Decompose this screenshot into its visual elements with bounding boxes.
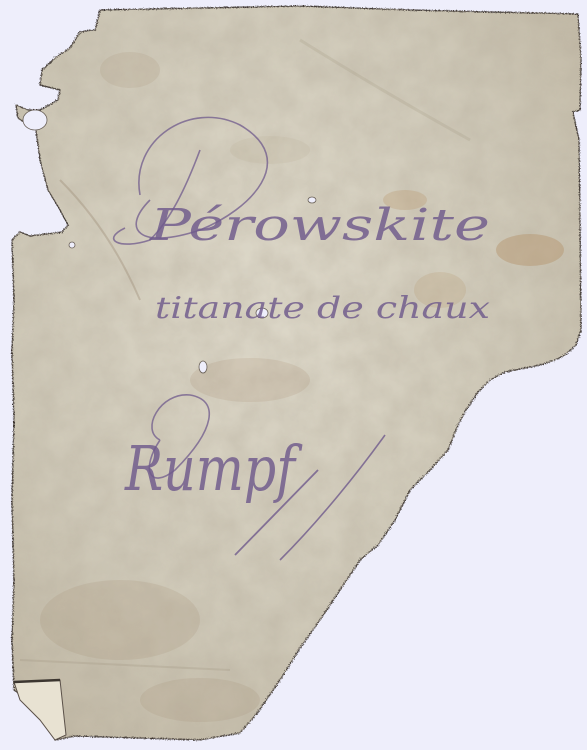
hole [69,242,75,248]
hole [199,361,207,373]
collector-name: Rumpf [124,432,303,505]
composition: titanate de chaux [155,291,490,326]
folded-corner [14,680,66,740]
scanned-label: Pérowskite titanate de chaux Rumpf [0,0,587,750]
mineral-name: Pérowskite [149,200,490,251]
hole [23,110,47,130]
